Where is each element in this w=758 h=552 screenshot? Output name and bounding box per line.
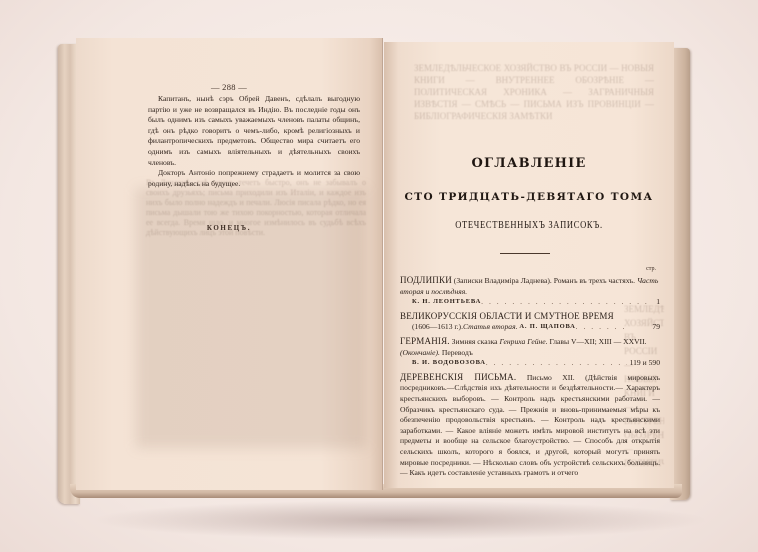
toc-entry-text: Письмо XII. (Дѣйствія мировыхъ посредник… (400, 373, 660, 477)
paragraph: Докторъ Антоніо попрежнему страдаетъ и м… (148, 168, 360, 189)
left-page: Въ Лондонѣ, гдѣ жизнь течетъ быстро, онъ… (76, 38, 383, 490)
leader-dots: . . . . . . . . . . . . . . . . . . . . … (486, 358, 627, 369)
toc-title: ОГЛАВЛЕНІЕ (384, 156, 674, 171)
toc-entry: ВЕЛИКОРУССКІЯ ОБЛАСТИ И СМУТНОЕ ВРЕМЯ (1… (400, 311, 660, 333)
page-number: — 288 — (76, 82, 382, 92)
page-column-label: стр. (646, 266, 656, 272)
leader-dots: . . . . . . . (576, 322, 650, 333)
toc-journal-name: ОТЕЧЕСТВЕННЫХЪ ЗАПИСОКЪ. (406, 220, 653, 231)
bleed-through-text-left: Въ Лондонѣ, гдѣ жизнь течетъ быстро, онъ… (146, 178, 366, 458)
table-of-contents: ПОДЛИПКИ (Записки Владиміра Ладнева). Ро… (400, 275, 660, 482)
toc-entry-italic: (Окончаніе). (400, 348, 440, 357)
toc-entry-heading: ГЕРМАНІЯ. (400, 336, 450, 346)
toc-entry-page: 119 и 590 (627, 358, 660, 369)
leader-dots: . . . . . . . . . . . . . . . . . . . . … (481, 297, 653, 308)
toc-entry: ПОДЛИПКИ (Записки Владиміра Ладнева). Ро… (400, 275, 660, 308)
toc-subtitle: СТО ТРИДЦАТЬ-ДЕВЯТАГО ТОМА (384, 191, 674, 203)
toc-entry-page: 79 (649, 322, 660, 333)
right-page: ЗЕМЛЕДѢЛЬЧЕСКОЕ ХОЗЯЙСТВО ВЪ РОССІИ — НО… (384, 42, 674, 488)
paragraph: Капитанъ, нынѣ сэръ Обрей Давенъ, сдѣлал… (148, 94, 360, 168)
toc-entry-text: Зимняя сказка (450, 337, 500, 346)
toc-entry-italic: Генриха Гейне (499, 337, 545, 346)
toc-entry: ГЕРМАНІЯ. Зимняя сказка Генриха Гейне. Г… (400, 336, 660, 369)
toc-entry-author: В. И. ВОДОВОЗОВА (412, 358, 486, 369)
bleed-through-text-right: ЗЕМЛЕДѢЛЬЧЕСКОЕ ХОЗЯЙСТВО ВЪ РОССІИ — НО… (414, 62, 654, 152)
open-book: Въ Лондонѣ, гдѣ жизнь течетъ быстро, онъ… (58, 36, 690, 514)
toc-entry-heading: ДЕРЕВЕНСКІЯ ПИСЬМА. (400, 372, 516, 382)
toc-entry-text: Переводъ (440, 348, 473, 357)
toc-entry-text: . Главы V—XII; XIII — XXVII. (546, 337, 647, 346)
divider (500, 253, 550, 254)
end-mark: КОНЕЦЪ. (76, 224, 382, 232)
toc-entry-heading: ВЕЛИКОРУССКІЯ ОБЛАСТИ И СМУТНОЕ ВРЕМЯ (400, 311, 614, 321)
toc-entry-author: К. Н. ЛЕОНТЬЕВА (412, 297, 481, 308)
toc-entry-text: (1606—1613 г.). (412, 322, 463, 333)
left-body-text: Капитанъ, нынѣ сэръ Обрей Давенъ, сдѣлал… (148, 94, 360, 189)
toc-entry-italic: Статья вторая. (463, 322, 518, 333)
toc-entry-text: (Записки Владиміра Ладнева). Романъ въ т… (452, 276, 637, 285)
toc-entry: ДЕРЕВЕНСКІЯ ПИСЬМА. Письмо XII. (Дѣйстві… (400, 372, 660, 479)
toc-entry-page: 1 (653, 297, 660, 308)
toc-entry-heading: ПОДЛИПКИ (400, 275, 452, 285)
toc-entry-author: А. П. ЩАПОВА (519, 322, 575, 333)
